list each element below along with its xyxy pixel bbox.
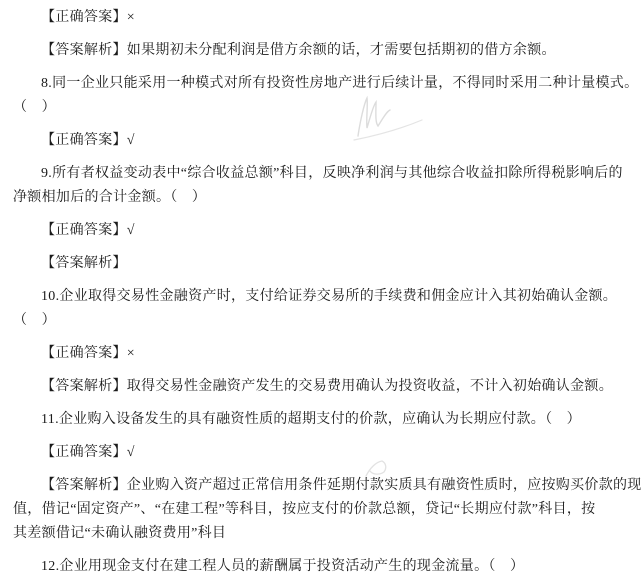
document-line: （ ） [13, 309, 640, 333]
document-line: 【答案解析】取得交易性金融资产发生的交易费用确认为投资收益，不计入初始确认金额。 [13, 375, 640, 399]
paragraph-question: 12.企业用现金支付在建工程人员的薪酬属于投资活动产生的现金流量。（ ） [13, 555, 640, 579]
document-body: 【正确答案】×【答案解析】如果期初未分配利润是借方余额的话，才需要包括期初的借方… [13, 6, 640, 582]
document-line: 【正确答案】√ [13, 219, 640, 243]
paragraph-answer: 【正确答案】√ [13, 219, 640, 243]
document-line: 【正确答案】√ [13, 441, 640, 465]
paragraph-answer: 【正确答案】× [13, 342, 640, 366]
document-line: 11.企业购入设备发生的具有融资性质的超期支付的价款，应确认为长期应付款。（ ） [13, 408, 640, 432]
paragraph-analysis: 【答案解析】 [13, 252, 640, 276]
document-line: 12.企业用现金支付在建工程人员的薪酬属于投资活动产生的现金流量。（ ） [13, 555, 640, 579]
document-line: 值，借记“固定资产”、“在建工程”等科目，按应支付的价款总额，贷记“长期应付款”… [13, 498, 640, 522]
document-line: 【答案解析】 [13, 252, 640, 276]
document-line: （ ） [13, 96, 640, 120]
paragraph-analysis: 【答案解析】取得交易性金融资产发生的交易费用确认为投资收益，不计入初始确认金额。 [13, 375, 640, 399]
document-line: 净额相加后的合计金额。（ ） [13, 186, 640, 210]
document-line: 10.企业取得交易性金融资产时，支付给证券交易所的手续费和佣金应计入其初始确认金… [13, 285, 640, 309]
document-line: 【答案解析】如果期初未分配利润是借方余额的话，才需要包括期初的借方余额。 [13, 39, 640, 63]
document-line: 【正确答案】√ [13, 129, 640, 153]
paragraph-question: 8.同一企业只能采用一种模式对所有投资性房地产进行后续计量，不得同时采用二种计量… [13, 72, 640, 120]
paragraph-answer: 【正确答案】√ [13, 441, 640, 465]
document-line: 【正确答案】× [13, 6, 640, 30]
paragraph-answer: 【正确答案】√ [13, 129, 640, 153]
paragraph-question: 11.企业购入设备发生的具有融资性质的超期支付的价款，应确认为长期应付款。（ ） [13, 408, 640, 432]
document-line: 8.同一企业只能采用一种模式对所有投资性房地产进行后续计量，不得同时采用二种计量… [13, 72, 640, 96]
document-line: 其差额借记“未确认融资费用”科目 [13, 522, 640, 546]
paragraph-answer: 【正确答案】× [13, 6, 640, 30]
document-page: 【正确答案】×【答案解析】如果期初未分配利润是借方余额的话，才需要包括期初的借方… [0, 0, 642, 582]
paragraph-analysis: 【答案解析】企业购入资产超过正常信用条件延期付款实质具有融资性质时，应按购买价款… [13, 474, 640, 546]
document-line: 【答案解析】企业购入资产超过正常信用条件延期付款实质具有融资性质时，应按购买价款… [13, 474, 640, 498]
paragraph-question: 10.企业取得交易性金融资产时，支付给证券交易所的手续费和佣金应计入其初始确认金… [13, 285, 640, 333]
paragraph-question: 9.所有者权益变动表中“综合收益总额”科目，反映净利润与其他综合收益扣除所得税影… [13, 162, 640, 210]
paragraph-analysis: 【答案解析】如果期初未分配利润是借方余额的话，才需要包括期初的借方余额。 [13, 39, 640, 63]
document-line: 9.所有者权益变动表中“综合收益总额”科目，反映净利润与其他综合收益扣除所得税影… [13, 162, 640, 186]
document-line: 【正确答案】× [13, 342, 640, 366]
